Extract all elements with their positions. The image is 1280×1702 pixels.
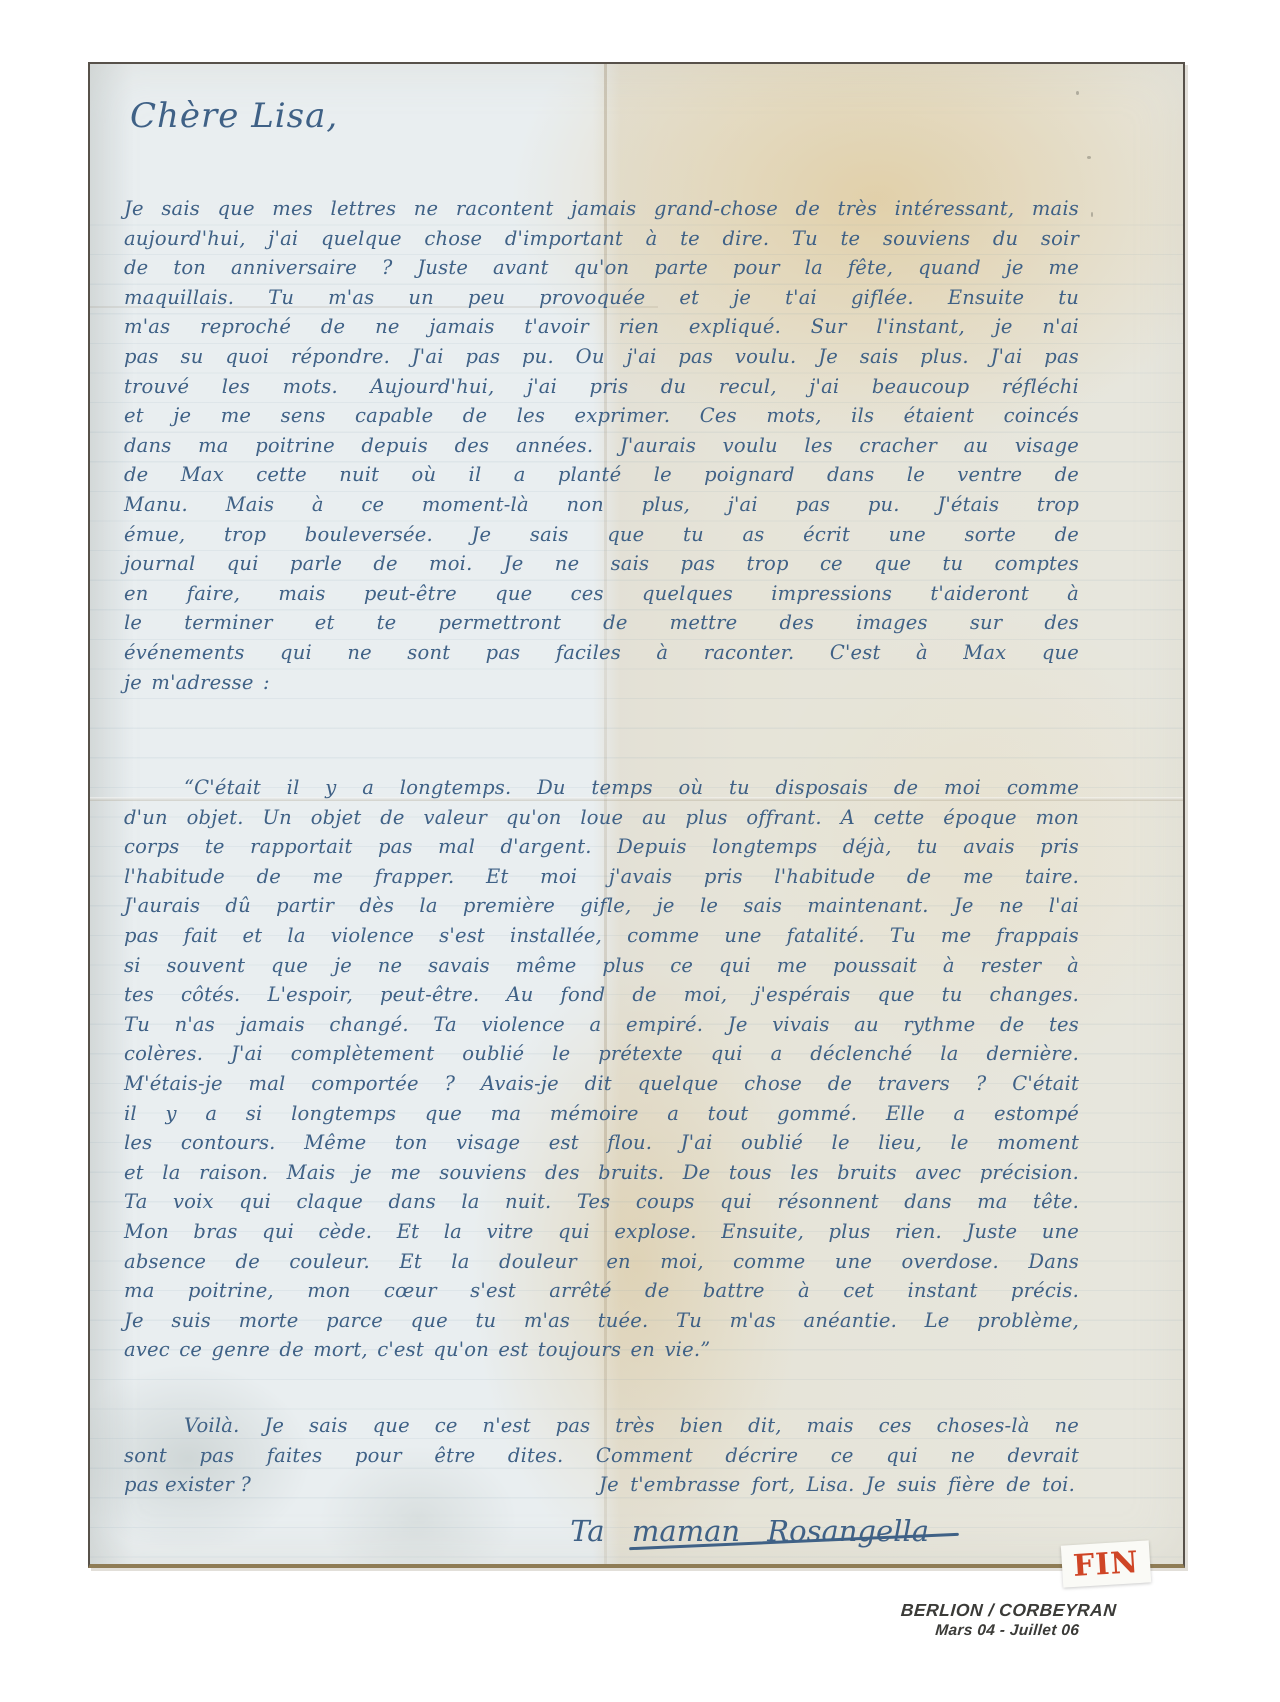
letter-line: aujourd'hui, j'ai quelque chose d'import… [124, 224, 1079, 254]
signature-row: Ta maman Rosangella [124, 1514, 1079, 1548]
closing-row: pas exister ? Je t'embrasse fort, Lisa. … [124, 1470, 1079, 1500]
letter-content: Chère Lisa, Je sais que mes lettres ne r… [90, 64, 1183, 1564]
letter-body: Je sais que mes lettres ne racontent jam… [124, 194, 1079, 1470]
credit-authors: BERLION / CORBEYRAN [898, 1600, 1119, 1621]
letter-paragraph: “C'était il y a longtemps. Du temps où t… [124, 773, 1079, 1365]
letter-line: Tu n'as jamais changé. Ta violence a emp… [124, 1010, 1079, 1040]
letter-line: corps te rapportait pas mal d'argent. De… [124, 832, 1079, 862]
letter-line: de ton anniversaire ? Juste avant qu'on … [124, 253, 1079, 283]
letter-line: il y a si longtemps que ma mémoire a tou… [124, 1099, 1079, 1129]
letter-line: Mon bras qui cède. Et la vitre qui explo… [124, 1217, 1079, 1247]
letter-line: sont pas faites pour être dites. Comment… [124, 1441, 1079, 1471]
letter-line: journal qui parle de moi. Je ne sais pas… [124, 549, 1079, 579]
letter-line: “C'était il y a longtemps. Du temps où t… [124, 773, 1079, 803]
salutation: Chère Lisa, [130, 94, 1079, 138]
letter-line: ma poitrine, mon cœur s'est arrêté de ba… [124, 1276, 1079, 1306]
letter-line: je m'adresse : [124, 668, 1079, 698]
farewell: Je t'embrasse fort, Lisa. Je suis fière … [599, 1470, 1075, 1500]
letter-line: Je sais que mes lettres ne racontent jam… [124, 194, 1079, 224]
letter-paper: Chère Lisa, Je sais que mes lettres ne r… [88, 62, 1185, 1568]
closing-left: pas exister ? [124, 1470, 251, 1500]
letter-line: pas su quoi répondre. J'ai pas pu. Ou j'… [124, 342, 1079, 372]
letter-line: tes côtés. L'espoir, peut-être. Au fond … [124, 980, 1079, 1010]
letter-line: Manu. Mais à ce moment-là non plus, j'ai… [124, 490, 1079, 520]
letter-line: émue, trop bouleversée. Je sais que tu a… [124, 520, 1079, 550]
letter-line: J'aurais dû partir dès la première gifle… [124, 891, 1079, 921]
letter-line: dans ma poitrine depuis des années. J'au… [124, 431, 1079, 461]
fin-text: FIN [1072, 1545, 1140, 1584]
letter-line: Ta voix qui claque dans la nuit. Tes cou… [124, 1187, 1079, 1217]
letter-line: pas fait et la violence s'est installée,… [124, 921, 1079, 951]
letter-line: maquillais. Tu m'as un peu provoquée et … [124, 283, 1079, 313]
letter-line: le terminer et te permettront de mettre … [124, 608, 1079, 638]
letter-line: Voilà. Je sais que ce n'est pas très bie… [124, 1411, 1079, 1441]
letter-line: de Max cette nuit où il a planté le poig… [124, 460, 1079, 490]
letter-line: l'habitude de me frapper. Et moi j'avais… [124, 862, 1079, 892]
fin-label: FIN [1061, 1540, 1151, 1587]
letter-line: trouvé les mots. Aujourd'hui, j'ai pris … [124, 372, 1079, 402]
letter-line: absence de couleur. Et la douleur en moi… [124, 1247, 1079, 1277]
letter-line: et je me sens capable de les exprimer. C… [124, 401, 1079, 431]
credit-dates: Mars 04 - Juillet 06 [897, 1621, 1118, 1640]
letter-line: colères. J'ai complètement oublié le pré… [124, 1039, 1079, 1069]
letter-line: Je suis morte parce que tu m'as tuée. Tu… [124, 1306, 1079, 1336]
page: Chère Lisa, Je sais que mes lettres ne r… [0, 0, 1280, 1702]
letter-paragraph: Voilà. Je sais que ce n'est pas très bie… [124, 1411, 1079, 1470]
letter-line: les contours. Même ton visage est flou. … [124, 1128, 1079, 1158]
letter-line: et la raison. Mais je me souviens des br… [124, 1158, 1079, 1188]
letter-paragraph: Je sais que mes lettres ne racontent jam… [124, 194, 1079, 697]
letter-line: M'étais-je mal comportée ? Avais-je dit … [124, 1069, 1079, 1099]
letter-line: m'as reproché de ne jamais t'avoir rien … [124, 312, 1079, 342]
letter-line: en faire, mais peut-être que ces quelque… [124, 579, 1079, 609]
letter-line: d'un objet. Un objet de valeur qu'on lou… [124, 803, 1079, 833]
credits: BERLION / CORBEYRAN Mars 04 - Juillet 06 [897, 1600, 1120, 1640]
letter-line: événements qui ne sont pas faciles à rac… [124, 638, 1079, 668]
letter-line: avec ce genre de mort, c'est qu'on est t… [124, 1335, 1079, 1365]
letter-line: si souvent que je ne savais même plus ce… [124, 951, 1079, 981]
